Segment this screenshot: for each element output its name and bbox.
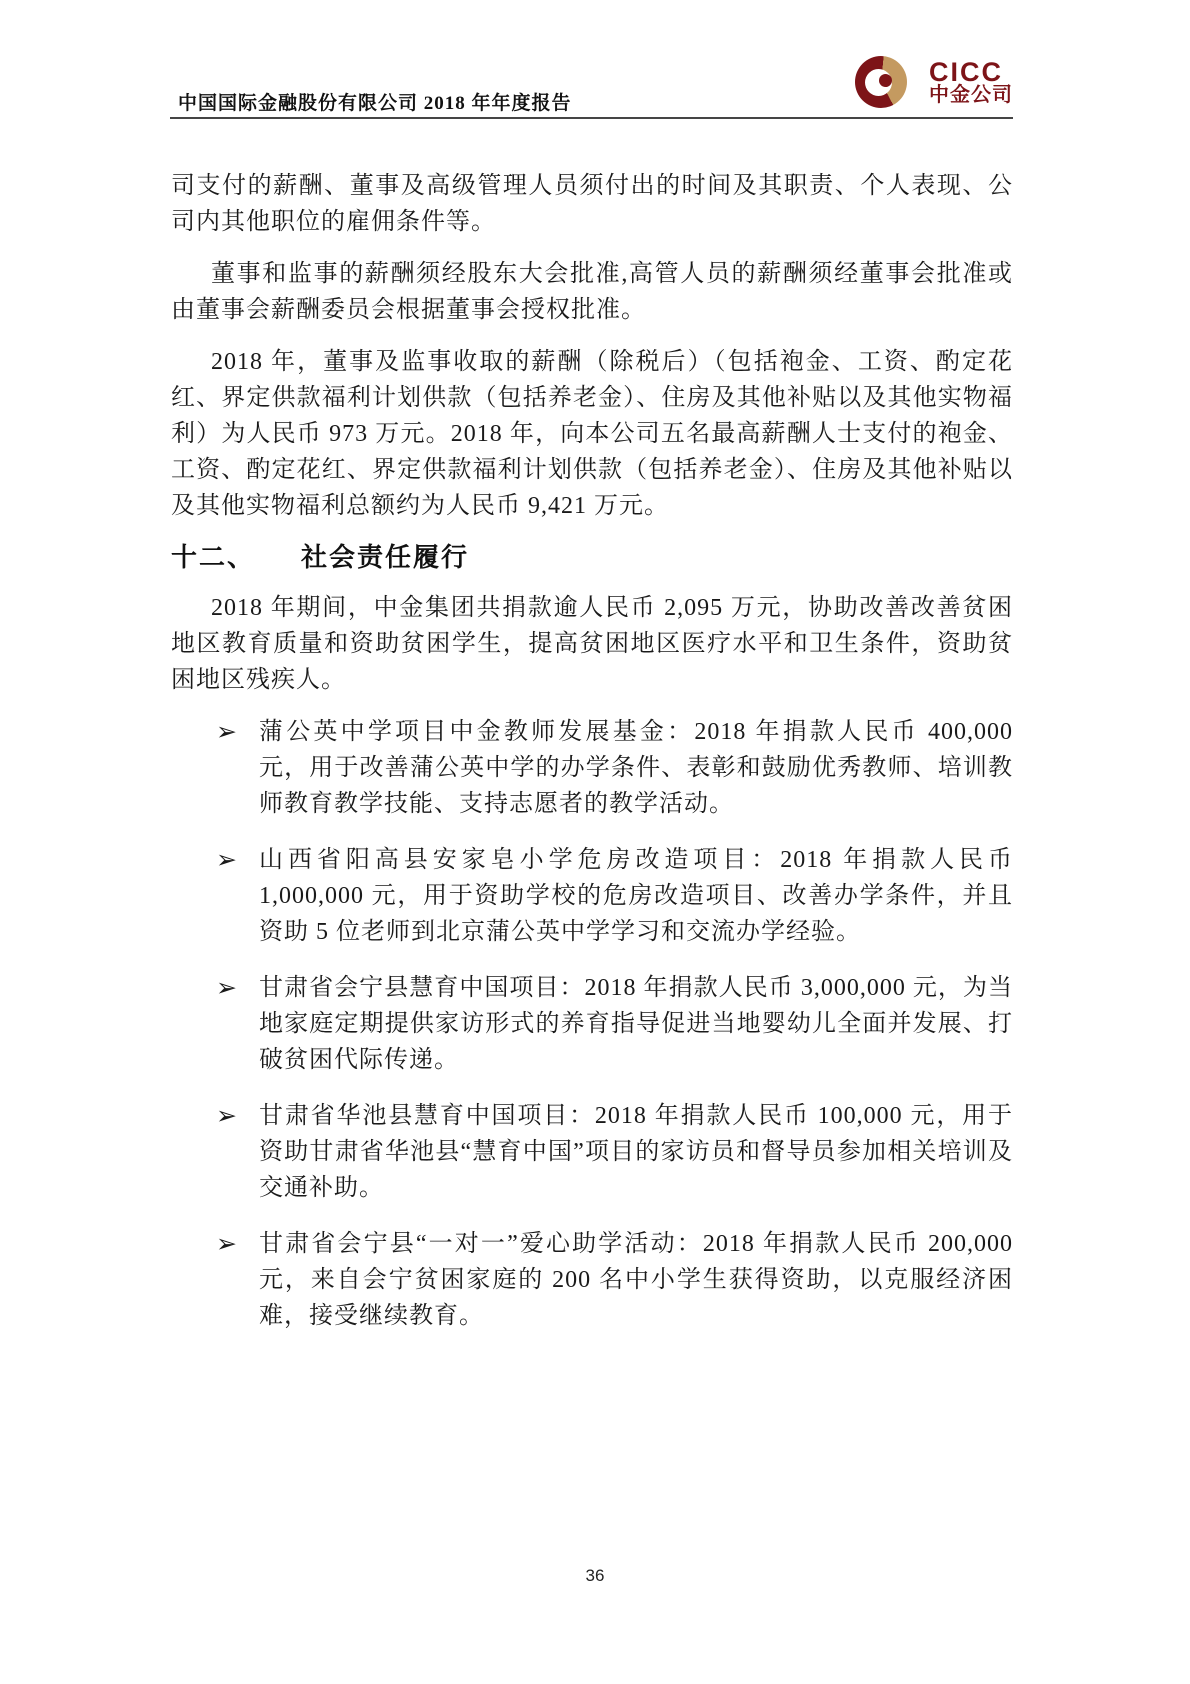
arrow-bullet-icon: ➢ (216, 842, 238, 878)
list-item-dandelion-school: ➢ 蒲公英中学项目中金教师发展基金：2018 年捐款人民币 400,000 元，… (171, 714, 1013, 822)
document-body: 司支付的薪酬、董事及高级管理人员须付出的时间及其职责、个人表现、公司内其他职位的… (171, 168, 1013, 1354)
list-item-shanxi-school-renovation: ➢ 山西省阳高县安家皂小学危房改造项目：2018 年捐款人民币 1,000,00… (171, 842, 1013, 950)
section-title: 社会责任履行 (301, 543, 469, 572)
list-item-text: 甘肃省华池县慧育中国项目：2018 年捐款人民币 100,000 元，用于资助甘… (259, 1103, 1013, 1201)
arrow-bullet-icon: ➢ (216, 1226, 238, 1262)
list-item-gansu-one-to-one: ➢ 甘肃省会宁县“一对一”爱心助学活动：2018 年捐款人民币 200,000 … (171, 1226, 1013, 1334)
paragraph-approval-process: 董事和监事的薪酬须经股东大会批准,高管人员的薪酬须经董事会批准或由董事会薪酬委员… (171, 256, 1013, 328)
report-page: 中国国际金融股份有限公司 2018 年年度报告 CICC 中金公司 司支付的薪酬… (0, 0, 1190, 1684)
section-heading: 十二、社会责任履行 (171, 540, 1013, 576)
header-divider (170, 117, 1013, 119)
cicc-logo: CICC 中金公司 (855, 56, 1013, 108)
logo-brand-zh: 中金公司 (929, 85, 1013, 106)
arrow-bullet-icon: ➢ (216, 1098, 238, 1134)
arrow-bullet-icon: ➢ (216, 970, 238, 1006)
page-number: 36 (0, 1566, 1190, 1586)
paragraph-social-responsibility-intro: 2018 年期间，中金集团共捐款逾人民币 2,095 万元，协助改善改善贫困地区… (171, 590, 1013, 698)
list-item-gansu-huachi-huiyu: ➢ 甘肃省华池县慧育中国项目：2018 年捐款人民币 100,000 元，用于资… (171, 1098, 1013, 1206)
list-item-text: 山西省阳高县安家皂小学危房改造项目：2018 年捐款人民币 1,000,000 … (259, 847, 1013, 945)
donation-list: ➢ 蒲公英中学项目中金教师发展基金：2018 年捐款人民币 400,000 元，… (171, 714, 1013, 1334)
paragraph-2018-remuneration: 2018 年，董事及监事收取的薪酬（除税后）（包括袍金、工资、酌定花红、界定供款… (171, 344, 1013, 524)
list-item-gansu-huining-huiyu: ➢ 甘肃省会宁县慧育中国项目：2018 年捐款人民币 3,000,000 元，为… (171, 970, 1013, 1078)
logo-inner-dot (879, 74, 892, 87)
list-item-text: 甘肃省会宁县“一对一”爱心助学活动：2018 年捐款人民币 200,000 元，… (259, 1231, 1013, 1329)
list-item-text: 蒲公英中学项目中金教师发展基金：2018 年捐款人民币 400,000 元，用于… (259, 719, 1013, 817)
report-title: 中国国际金融股份有限公司 2018 年年度报告 (178, 92, 572, 116)
logo-wordmark: CICC 中金公司 (929, 59, 1013, 106)
paragraph-remuneration-factors: 司支付的薪酬、董事及高级管理人员须付出的时间及其职责、个人表现、公司内其他职位的… (171, 168, 1013, 240)
cicc-logo-icon (855, 56, 907, 108)
list-item-text: 甘肃省会宁县慧育中国项目：2018 年捐款人民币 3,000,000 元，为当地… (259, 975, 1013, 1073)
section-number: 十二、 (171, 540, 255, 576)
logo-brand-en: CICC (929, 59, 1013, 85)
arrow-bullet-icon: ➢ (216, 714, 238, 750)
